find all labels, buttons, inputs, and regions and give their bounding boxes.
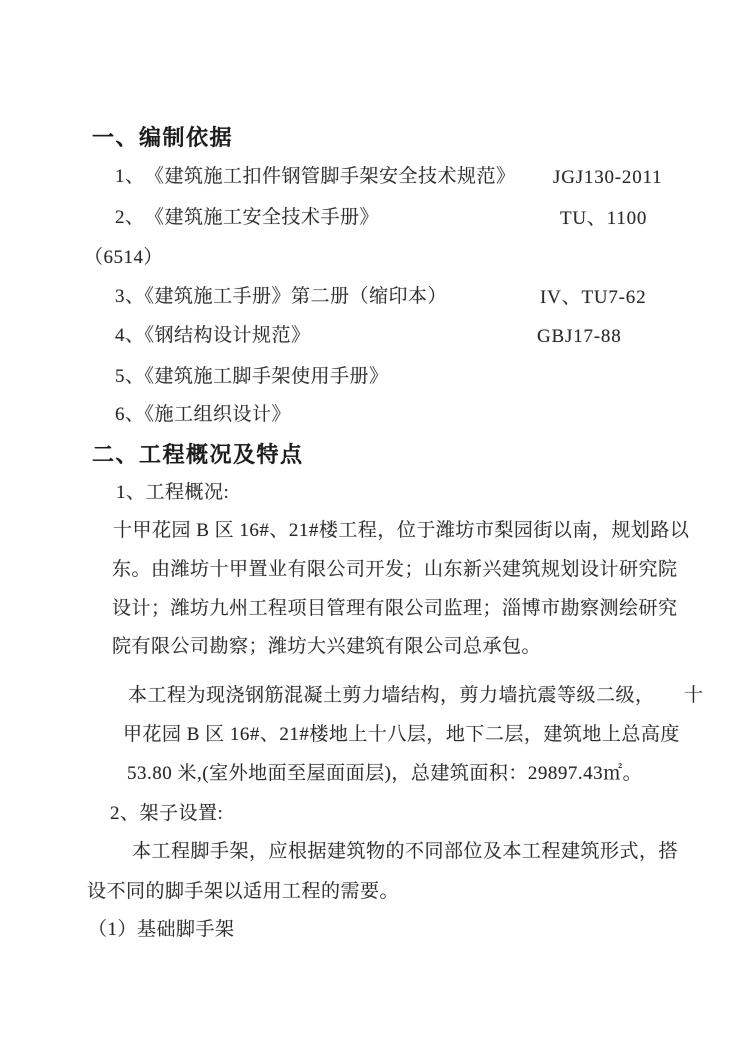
- subheading-scaffold-setup: 2、架子设置:: [110, 804, 223, 825]
- paragraph-line: 十甲花园 B 区 16#、21#楼工程，位于潍坊市梨园街以南，规划路以: [113, 521, 689, 542]
- subheading-foundation-scaffold: （1）基础脚手架: [88, 920, 235, 941]
- reference-item-1: 1、 《建筑施工扣件钢管脚手架安全技术规范》: [115, 167, 516, 188]
- reference-item-2: 2、 《建筑施工安全技术手册》: [115, 208, 379, 229]
- paragraph-line: 本工程脚手架，应根据建筑物的不同部位及本工程建筑形式，搭: [132, 842, 678, 863]
- reference-code-2: TU、1100: [560, 209, 647, 230]
- paragraph-line: 设不同的脚手架以适用工程的需要。: [87, 882, 399, 903]
- paragraph-line: 本工程为现浇钢筋混凝土剪力墙结构，剪力墙抗震等级二级， 十: [128, 686, 704, 707]
- paragraph-line: 53.80 米,(室外地面至屋面面层)，总建筑面积：29897.43㎡。: [127, 764, 642, 785]
- reference-code-3: IV、TU7-62: [540, 288, 646, 309]
- paragraph-line: 院有限公司勘察；潍坊大兴建筑有限公司总承包。: [112, 637, 541, 658]
- reference-item-4: 4、《钢结构设计规范》: [115, 326, 311, 347]
- reference-code-4: GBJ17-88: [537, 327, 622, 348]
- heading-compilation-basis: 一、编制依据: [92, 126, 233, 150]
- subheading-project-overview: 1、工程概况:: [116, 483, 229, 504]
- paragraph-line: 设计；潍坊九州工程项目管理有限公司监理；淄博市勘察测绘研究: [112, 599, 678, 620]
- paragraph-line: 东。由潍坊十甲置业有限公司开发；山东新兴建筑规划设计研究院: [112, 560, 678, 581]
- paragraph-line: 甲花园 B 区 16#、21#楼地上十八层，地下二层，建筑地上总高度: [123, 725, 680, 746]
- heading-project-overview: 二、工程概况及特点: [92, 443, 304, 467]
- reference-item-6: 6、《施工组织设计》: [115, 405, 291, 426]
- reference-code-1: JGJ130-2011: [553, 168, 662, 189]
- reference-item-5: 5、《建筑施工脚手架使用手册》: [115, 367, 389, 388]
- reference-item-2-continuation: （6514）: [84, 248, 163, 269]
- reference-item-3: 3、《建筑施工手册》第二册（缩印本）: [115, 287, 447, 308]
- document-page: 一、编制依据 1、 《建筑施工扣件钢管脚手架安全技术规范》 JGJ130-201…: [0, 0, 744, 1052]
